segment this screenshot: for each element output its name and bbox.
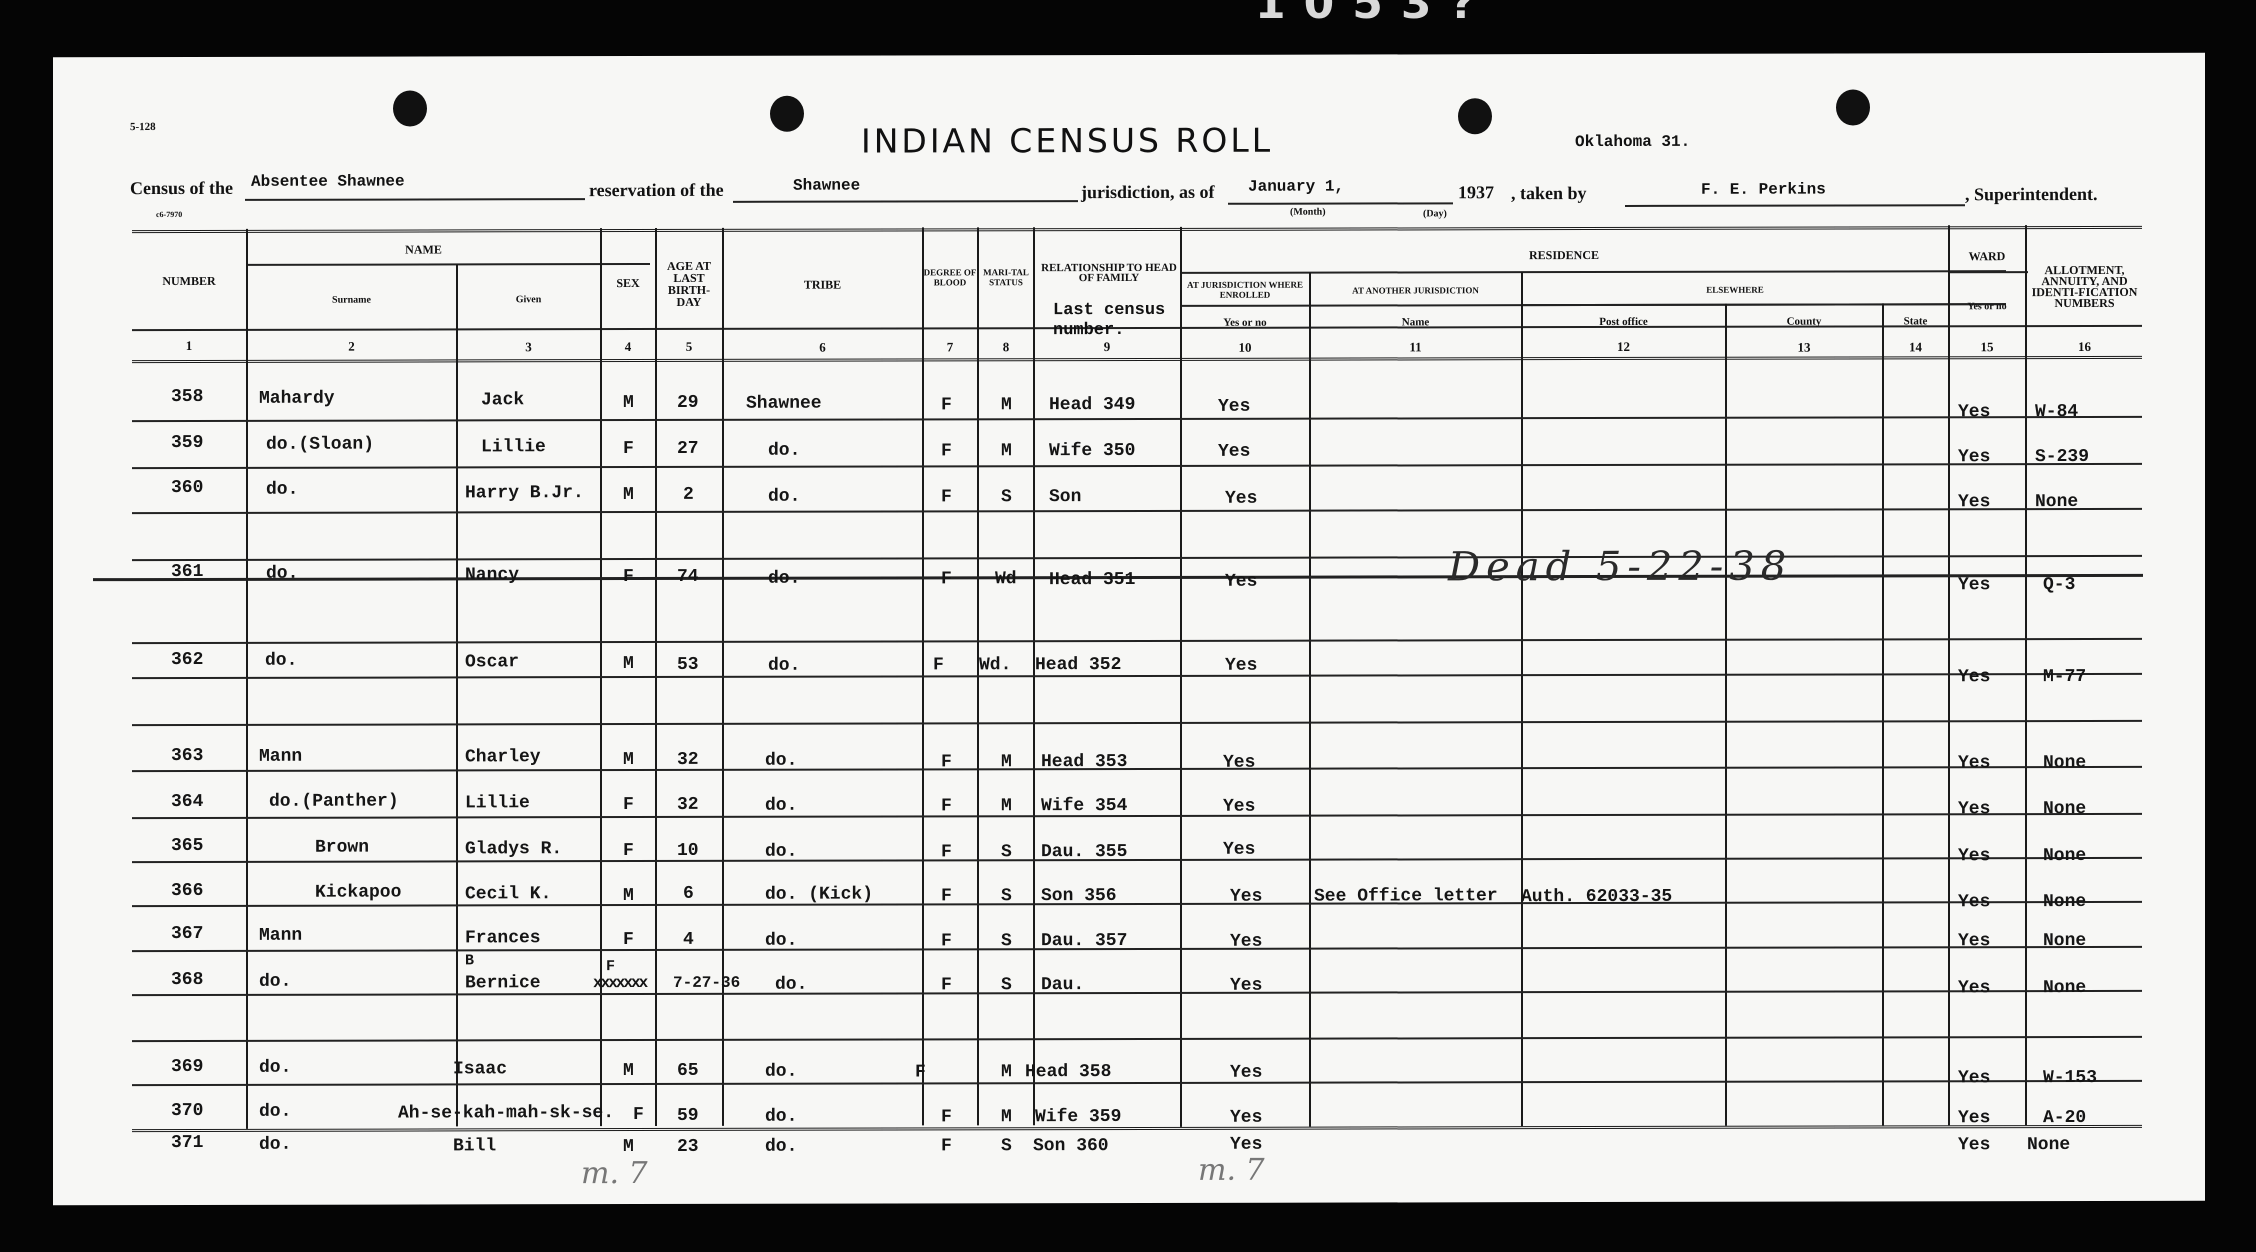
- header-at-another-jurisdiction: AT ANOTHER JURISDICTION: [1310, 284, 1521, 296]
- row-rule: [132, 901, 2142, 907]
- cell-at-jurisdiction: Yes: [1225, 572, 1257, 592]
- elsewhere-subheader-rule: [1521, 303, 2006, 306]
- cell-age: 10: [677, 841, 699, 861]
- table-row: 362 do. Oscar M 53 do. F Wd. Head 352 Ye…: [53, 53, 2205, 58]
- pencil-mark: m. 7: [581, 1156, 648, 1191]
- cell-given: Lillie: [465, 793, 530, 813]
- cell-at-jurisdiction: Yes: [1225, 656, 1257, 676]
- col-line-2: [456, 264, 458, 1126]
- header-surname: Surname: [247, 294, 456, 306]
- cell-post-office: Auth. 62033-35: [1521, 887, 1672, 907]
- cell-sex: F: [623, 795, 634, 815]
- cell-relationship: Dau. 357: [1041, 931, 1127, 951]
- page-title: INDIAN CENSUS ROLL: [861, 121, 1273, 161]
- cell-blood: F: [915, 1062, 926, 1082]
- cell-number: 358: [171, 387, 203, 407]
- header-residence: RESIDENCE: [1180, 248, 1948, 262]
- cell-given: Bill: [453, 1136, 496, 1156]
- cell-at-jurisdiction: Yes: [1230, 1108, 1262, 1128]
- cell-relationship: Son: [1049, 487, 1081, 507]
- cell-surname: do.: [266, 564, 298, 584]
- cell-surname: do.: [259, 1102, 291, 1122]
- jurisdiction-label: jurisdiction, as of: [1081, 182, 1215, 203]
- cell-marital: S: [1001, 931, 1012, 951]
- row-rule: [132, 990, 2142, 996]
- cell-allotment: W-84: [2035, 402, 2078, 422]
- row-rule: [132, 555, 2142, 561]
- cell-marital: M: [1001, 796, 1012, 816]
- census-of-underline: [245, 198, 585, 201]
- taken-by-label: , taken by: [1511, 183, 1587, 204]
- cell-number: 370: [171, 1101, 203, 1121]
- cell-given: Cecil K.: [465, 884, 551, 904]
- header-post-office: Post office: [1522, 316, 1725, 328]
- cell-sex: F: [623, 841, 634, 861]
- table-row: 371 do. Bill M 23 do. F S Son 360 Yes Ye…: [53, 53, 2205, 58]
- cell-number: 362: [171, 650, 203, 670]
- cell-given-correction: B: [465, 952, 474, 969]
- cell-sex: M: [623, 886, 634, 906]
- cell-tribe: do.: [768, 656, 800, 676]
- header-county: County: [1726, 315, 1882, 327]
- cell-number: 369: [171, 1057, 203, 1077]
- name-subheader-rule: [247, 263, 650, 266]
- cell-tribe: do.: [775, 975, 807, 995]
- cell-ward: Yes: [1958, 667, 1990, 687]
- header-sex: SEX: [601, 277, 655, 289]
- header-name: NAME: [247, 243, 600, 256]
- punch-hole-4: [1836, 89, 1870, 125]
- taken-by-value: F. E. Perkins: [1701, 181, 1826, 199]
- cell-number: 368: [171, 970, 203, 990]
- cell-sex: M: [623, 750, 634, 770]
- table-row: 360 do. Harry B.Jr. M 2 do. F S Son Yes …: [53, 53, 2205, 58]
- cell-given: Oscar: [465, 652, 519, 672]
- cell-surname: do.(Sloan): [266, 435, 374, 455]
- header-yes-or-no-10: Yes or no: [1181, 317, 1309, 329]
- cell-allotment: None: [2043, 931, 2086, 951]
- cell-sex: M: [623, 1061, 634, 1081]
- row-rule: [132, 463, 2142, 469]
- table-row: 358 Mahardy Jack M 29 Shawnee F M Head 3…: [53, 53, 2205, 58]
- col-line-11: [1521, 272, 1523, 1126]
- column-number-7: 7: [923, 339, 977, 355]
- cell-sex: M: [623, 1137, 634, 1157]
- cell-blood: F: [941, 931, 952, 951]
- cell-tribe: Shawnee: [746, 394, 822, 414]
- month-caption: (Month): [1290, 207, 1326, 218]
- cell-tribe: do.: [765, 1137, 797, 1157]
- cell-blood: F: [941, 569, 952, 589]
- cell-allotment: M-77: [2043, 667, 2086, 687]
- cell-blood: F: [941, 796, 952, 816]
- column-number-2: 2: [247, 338, 456, 354]
- cell-tribe: do.: [765, 931, 797, 951]
- cell-number: 364: [171, 792, 203, 812]
- cell-tribe: do. (Kick): [765, 885, 873, 905]
- table-row: 365 Brown Gladys R. F 10 do. F S Dau. 35…: [53, 53, 2205, 58]
- cell-number: 363: [171, 746, 203, 766]
- column-number-3: 3: [457, 339, 600, 355]
- cell-tribe: do.: [768, 487, 800, 507]
- cell-allotment: Q-3: [2043, 575, 2075, 595]
- column-number-6: 6: [723, 339, 922, 355]
- cell-allotment: A-20: [2043, 1108, 2086, 1128]
- cell-age: 32: [677, 795, 699, 815]
- cell-blood: F: [941, 886, 952, 906]
- cell-relationship: Wife 350: [1049, 441, 1135, 461]
- cell-age: 23: [677, 1137, 699, 1157]
- cell-at-jurisdiction: Yes: [1230, 1063, 1262, 1083]
- cell-marital: S: [1001, 886, 1012, 906]
- cell-surname: Mann: [259, 747, 302, 767]
- cell-ward: Yes: [1958, 575, 1990, 595]
- column-number-15: 15: [1949, 339, 2025, 355]
- cell-sex: F: [606, 958, 615, 975]
- cell-given: Lillie: [481, 437, 546, 457]
- cell-tribe: do.: [768, 441, 800, 461]
- column-number-8: 8: [979, 339, 1033, 355]
- reservation-underline: [733, 200, 1078, 203]
- pencil-mark: m. 7: [1198, 1153, 1265, 1188]
- cell-ward: Yes: [1958, 892, 1990, 912]
- header-name-11: Name: [1310, 316, 1521, 328]
- cell-age: 74: [677, 567, 699, 587]
- state-label: Oklahoma 31.: [1575, 133, 1690, 151]
- cell-sex: F: [623, 930, 634, 950]
- cell-tribe: do.: [765, 1062, 797, 1082]
- cell-relationship: Wife 354: [1041, 796, 1127, 816]
- sub-form-number: c6-7970: [156, 210, 182, 219]
- col-line-12: [1725, 304, 1727, 1126]
- cell-at-jurisdiction: Yes: [1218, 397, 1250, 417]
- census-of-value: Absentee Shawnee: [251, 173, 405, 191]
- cell-relationship: Head 352: [1035, 655, 1121, 675]
- cell-relationship: Head 351: [1049, 570, 1135, 590]
- col-line-10: [1309, 273, 1311, 1127]
- punch-hole-2: [770, 96, 804, 132]
- cell-relationship: Son 356: [1041, 886, 1117, 906]
- cell-number: 366: [171, 881, 203, 901]
- cell-sex: M: [623, 393, 634, 413]
- cell-given: Charley: [465, 747, 541, 767]
- row-rule: [132, 857, 2142, 863]
- cell-sex: F: [623, 567, 634, 587]
- column-number-11: 11: [1310, 339, 1521, 355]
- cell-marital: Wd.: [979, 655, 1011, 675]
- cell-ward: Yes: [1958, 978, 1990, 998]
- year-value: 1937: [1458, 182, 1494, 203]
- cell-allotment: None: [2035, 492, 2078, 512]
- table-row: 367 Mann Frances F 4 do. F S Dau. 357 Ye…: [53, 53, 2205, 58]
- header-state: State: [1883, 315, 1948, 327]
- cell-number: 360: [171, 478, 203, 498]
- cell-relationship: Head 353: [1041, 752, 1127, 772]
- cell-ward: Yes: [1958, 1068, 1990, 1088]
- cell-surname: do.: [266, 480, 298, 500]
- row-rule: [132, 416, 2142, 422]
- cell-given: Nancy: [465, 565, 519, 585]
- cell-surname: Mahardy: [259, 389, 335, 409]
- cell-surname: Brown: [315, 838, 369, 858]
- row-rule: [132, 673, 2142, 679]
- cell-blood: F: [933, 655, 944, 675]
- cell-surname: do.: [259, 1058, 291, 1078]
- column-number-12: 12: [1522, 339, 1725, 355]
- cell-tribe: do.: [768, 569, 800, 589]
- cell-ward: Yes: [1958, 846, 1990, 866]
- frame-number-partial: 1053?: [1255, 0, 1493, 29]
- cell-blood: F: [941, 842, 952, 862]
- column-number-9: 9: [1034, 339, 1180, 355]
- row-rule: [132, 508, 2142, 514]
- cell-marital: Wd: [995, 569, 1017, 589]
- cell-at-jurisdiction: Yes: [1223, 797, 1255, 817]
- cell-surname: Mann: [259, 926, 302, 946]
- cell-at-jurisdiction: Yes: [1225, 489, 1257, 509]
- cell-blood: F: [941, 1107, 952, 1127]
- header-tribe: TRIBE: [723, 278, 922, 290]
- ward-subheader-rule: [1949, 271, 2028, 273]
- cell-at-jurisdiction: Yes: [1230, 887, 1262, 907]
- cell-surname: do.: [259, 972, 291, 992]
- date-value: January 1,: [1248, 178, 1344, 196]
- cell-allotment: None: [2043, 892, 2086, 912]
- cell-number: 371: [171, 1133, 203, 1153]
- header-relationship: RELATIONSHIP TO HEAD OF FAMILY: [1039, 263, 1179, 283]
- cell-ward: Yes: [1958, 753, 1990, 773]
- cell-relationship: Wife 359: [1035, 1107, 1121, 1127]
- cell-given: Bernice: [465, 973, 541, 993]
- col-line-13: [1882, 303, 1884, 1125]
- cell-given: Harry B.Jr.: [465, 483, 584, 503]
- cell-marital: S: [1001, 842, 1012, 862]
- cell-overtyped-text: xxxxxxx: [593, 974, 646, 992]
- cell-blood: F: [941, 752, 952, 772]
- row-rule: [132, 766, 2142, 772]
- cell-ward: Yes: [1958, 1108, 1990, 1128]
- row-rule: [132, 1036, 2142, 1042]
- table-top-rule: [132, 223, 2142, 233]
- cell-blood: F: [941, 975, 952, 995]
- cell-age: 29: [677, 393, 699, 413]
- row-rule: [132, 638, 2142, 644]
- cell-at-jurisdiction: Yes: [1230, 976, 1262, 996]
- cell-age: 4: [683, 930, 694, 950]
- header-number: NUMBER: [132, 275, 246, 287]
- reservation-label: reservation of the: [589, 180, 724, 201]
- header-age: AGE AT LAST BIRTH-DAY: [657, 260, 721, 308]
- cell-marital: S: [1001, 1136, 1012, 1156]
- header-degree-of-blood: DEGREE OF BLOOD: [923, 267, 977, 287]
- cell-marital: M: [1001, 1062, 1012, 1082]
- census-of-label: Census of the: [130, 178, 233, 199]
- table-row: 359 do.(Sloan) Lillie F 27 do. F M Wife …: [53, 53, 2205, 58]
- cell-surname: do.: [265, 651, 297, 671]
- cell-marital: M: [1001, 1107, 1012, 1127]
- table-row: 368 do. B Bernice F xxxxxxx 7-27-36 do. …: [53, 53, 2205, 58]
- table-row: 366 Kickapoo Cecil K. M 6 do. (Kick) F S…: [53, 53, 2205, 58]
- cell-tribe: do.: [765, 1107, 797, 1127]
- cell-age: 27: [677, 439, 699, 459]
- cell-given: Gladys R.: [465, 839, 562, 859]
- taken-by-underline: [1625, 204, 1965, 207]
- cell-number: 365: [171, 836, 203, 856]
- cell-marital: S: [1001, 487, 1012, 507]
- cell-age: 32: [677, 750, 699, 770]
- cell-ward: Yes: [1958, 492, 1990, 512]
- header-ward-yes-or-no: Yes or no: [1949, 301, 2025, 313]
- header-allotment: ALLOTMENT, ANNUITY, AND IDENTI-FICATION …: [2027, 265, 2142, 309]
- cell-age: 7-27-36: [673, 974, 740, 992]
- cell-blood: F: [941, 395, 952, 415]
- cell-age: 53: [677, 655, 699, 675]
- column-number-14: 14: [1883, 339, 1948, 355]
- column-number-5: 5: [657, 339, 721, 355]
- cell-given: Jack: [481, 390, 524, 410]
- census-sheet: 5-128 INDIAN CENSUS ROLL Oklahoma 31. Ce…: [53, 53, 2205, 1206]
- row-rule: [132, 813, 2142, 819]
- punch-hole-3: [1458, 98, 1492, 134]
- header-relationship-overlay: Last census number.: [1053, 301, 1173, 341]
- column-number-16: 16: [2027, 339, 2142, 355]
- cell-allotment: None: [2043, 753, 2086, 773]
- cell-tribe: do.: [765, 751, 797, 771]
- cell-other-jurisdiction: See Office letter: [1314, 886, 1498, 906]
- cell-age: 65: [677, 1061, 699, 1081]
- cell-at-jurisdiction: Yes: [1223, 753, 1255, 773]
- cell-at-jurisdiction: Yes: [1218, 442, 1250, 462]
- cell-at-jurisdiction: Yes: [1230, 932, 1262, 952]
- cell-number: 359: [171, 433, 203, 453]
- cell-age: 59: [677, 1106, 699, 1126]
- cell-ward: Yes: [1958, 447, 1990, 467]
- cell-allotment: None: [2043, 799, 2086, 819]
- handwritten-death-note: Dead 5-22-38: [1448, 544, 1792, 591]
- cell-given: Frances: [465, 928, 541, 948]
- cell-surname: Kickapoo: [315, 883, 401, 903]
- form-number: 5-128: [130, 121, 156, 133]
- date-underline: [1228, 202, 1453, 204]
- column-number-10: 10: [1181, 340, 1309, 356]
- cell-relationship: Head 358: [1025, 1062, 1111, 1082]
- superintendent-label: , Superintendent.: [1965, 184, 2098, 205]
- cell-number: 367: [171, 924, 203, 944]
- row-rule: [132, 720, 2142, 726]
- cell-marital: M: [1001, 752, 1012, 772]
- cell-number: 361: [171, 562, 203, 582]
- cell-age: 6: [683, 884, 694, 904]
- cell-age: 2: [683, 485, 694, 505]
- column-number-1: 1: [132, 338, 246, 354]
- cell-allotment: None: [2043, 846, 2086, 866]
- cell-tribe: do.: [765, 842, 797, 862]
- cell-marital: S: [1001, 975, 1012, 995]
- cell-allotment: W-153: [2043, 1068, 2097, 1088]
- column-number-4: 4: [601, 339, 655, 355]
- table-row: 364 do.(Panther) Lillie F 32 do. F M Wif…: [53, 53, 2205, 58]
- cell-ward: Yes: [1958, 1135, 1990, 1155]
- table-row: 363 Mann Charley M 32 do. F M Head 353 Y…: [53, 53, 2205, 58]
- cell-sex: M: [623, 485, 634, 505]
- column-number-13: 13: [1726, 339, 1882, 355]
- cell-relationship: Dau. 355: [1041, 842, 1127, 862]
- cell-sex: M: [623, 654, 634, 674]
- header-given: Given: [457, 294, 600, 306]
- cell-blood: F: [941, 441, 952, 461]
- cell-tribe: do.: [765, 796, 797, 816]
- cell-marital: M: [1001, 395, 1012, 415]
- header-ward: WARD: [1949, 250, 2025, 262]
- cell-allotment: None: [2043, 978, 2086, 998]
- header-elsewhere: ELSEWHERE: [1522, 283, 1948, 296]
- header-at-jurisdiction: AT JURISDICTION WHERE ENROLLED: [1181, 280, 1309, 300]
- row-rule: [132, 1080, 2142, 1086]
- table-row: 370 do. Ah-se-kah-mah-sk-se. F 59 do. F …: [53, 53, 2205, 58]
- cell-ward: Yes: [1958, 799, 1990, 819]
- day-caption: (Day): [1423, 208, 1447, 219]
- cell-at-jurisdiction: Yes: [1223, 840, 1255, 860]
- cell-blood: F: [941, 487, 952, 507]
- cell-relationship: Head 349: [1049, 395, 1135, 415]
- cell-sex: F: [633, 1105, 644, 1125]
- cell-given: Isaac: [453, 1059, 507, 1079]
- cell-allotment: S-239: [2035, 447, 2089, 467]
- cell-marital: M: [1001, 441, 1012, 461]
- cell-ward: Yes: [1958, 931, 1990, 951]
- header-marital-status: MARI-TAL STATUS: [979, 267, 1033, 287]
- cell-blood: F: [941, 1136, 952, 1156]
- cell-relationship: Dau.: [1041, 975, 1084, 995]
- table-row: 361 do. Nancy F 74 do. F Wd Head 351 Yes…: [53, 53, 2205, 58]
- cell-given: Ah-se-kah-mah-sk-se.: [398, 1103, 614, 1123]
- row-rule: [132, 946, 2142, 952]
- cell-surname: do.: [259, 1135, 291, 1155]
- reservation-value: Shawnee: [793, 177, 860, 195]
- table-row: 369 do. Isaac M 65 do. F M Head 358 Yes …: [53, 53, 2205, 58]
- cell-sex: F: [623, 439, 634, 459]
- residence-subheader-rule: [1180, 270, 2006, 274]
- cell-ward: Yes: [1958, 402, 1990, 422]
- punch-hole-1: [393, 90, 427, 126]
- cell-relationship: Son 360: [1033, 1136, 1109, 1156]
- cell-allotment: None: [2027, 1135, 2070, 1155]
- cell-surname: do.(Panther): [269, 792, 399, 812]
